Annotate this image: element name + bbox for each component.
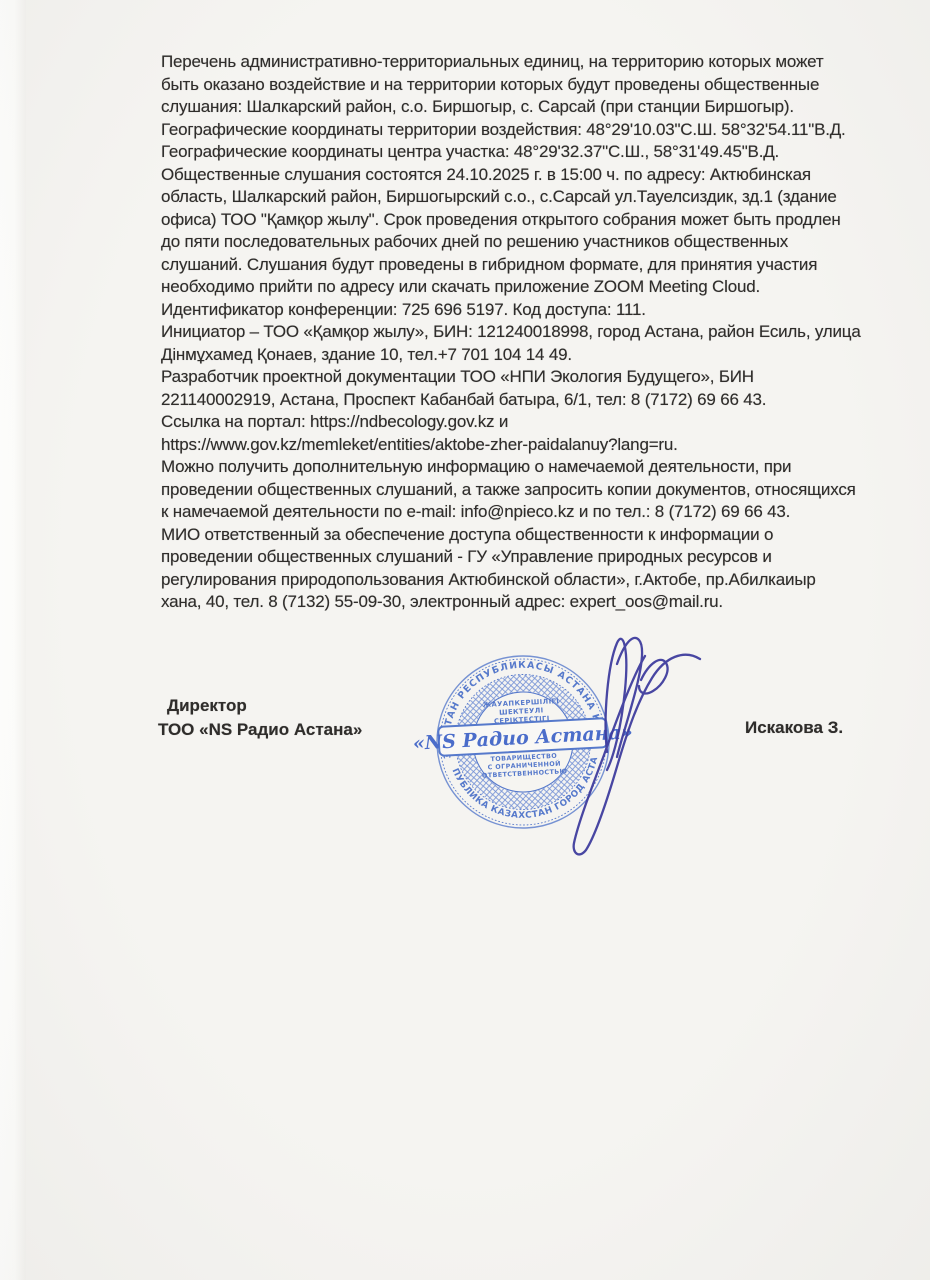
body-line: Географические координаты территории воз… bbox=[161, 119, 861, 142]
company-stamp: ҚАЗАҚСТАН РЕСПУБЛИКАСЫ АСТАНА ҚАЛАСЫ РЕС… bbox=[413, 632, 633, 852]
body-line: область, Шалкарский район, Биршогырский … bbox=[161, 186, 861, 209]
body-line: МИО ответственный за обеспечение доступа… bbox=[161, 524, 861, 547]
body-line: Географические координаты центра участка… bbox=[161, 141, 861, 164]
scanned-document-page: Перечень административно-территориальных… bbox=[0, 0, 930, 1280]
body-line: Идентификатор конференции: 725 696 5197.… bbox=[161, 299, 861, 322]
body-line: слушания: Шалкарский район, с.о. Биршогы… bbox=[161, 96, 861, 119]
body-line: офиса) ТОО "Қамқор жылу". Срок проведени… bbox=[161, 209, 861, 232]
signer-name: Искакова З. bbox=[745, 718, 843, 738]
body-line: 221140002919, Астана, Проспект Кабанбай … bbox=[161, 389, 861, 412]
body-line: Общественные слушания состоятся 24.10.20… bbox=[161, 164, 861, 187]
body-line: хана, 40, тел. 8 (7132) 55-09-30, электр… bbox=[161, 591, 861, 614]
signature-stroke bbox=[639, 660, 668, 694]
body-line: Разработчик проектной документации ТОО «… bbox=[161, 366, 861, 389]
body-line: слушаний. Слушания будут проведены в гиб… bbox=[161, 254, 861, 277]
notice-body-text: Перечень административно-территориальных… bbox=[161, 51, 861, 614]
body-line: необходимо прийти по адресу или скачать … bbox=[161, 276, 861, 299]
body-line: Перечень административно-территориальных… bbox=[161, 51, 861, 74]
body-line: проведении общественных слушаний - ГУ «У… bbox=[161, 546, 861, 569]
signoff-role-line2: ТОО «NS Радио Астана» bbox=[158, 718, 362, 742]
body-line: регулирования природопользования Актюбин… bbox=[161, 569, 861, 592]
signoff-role-line1: Директор bbox=[158, 694, 362, 718]
body-line: https://www.gov.kz/memleket/entities/akt… bbox=[161, 434, 861, 457]
body-line: до пяти последовательных рабочих дней по… bbox=[161, 231, 861, 254]
body-line: Ссылка на портал: https://ndbecology.gov… bbox=[161, 411, 861, 434]
body-line: Дінмұхамед Қонаев, здание 10, тел.+7 701… bbox=[161, 344, 861, 367]
body-line: Можно получить дополнительную информацию… bbox=[161, 456, 861, 479]
body-line: быть оказано воздействие и на территории… bbox=[161, 74, 861, 97]
body-line: к намечаемой деятельности по e-mail: inf… bbox=[161, 501, 861, 524]
body-line: проведении общественных слушаний, а такж… bbox=[161, 479, 861, 502]
paper-left-edge bbox=[0, 0, 26, 1280]
body-line: Инициатор – ТОО «Қамқор жылу», БИН: 1212… bbox=[161, 321, 861, 344]
signoff-block: Директор ТОО «NS Радио Астана» bbox=[158, 694, 362, 741]
